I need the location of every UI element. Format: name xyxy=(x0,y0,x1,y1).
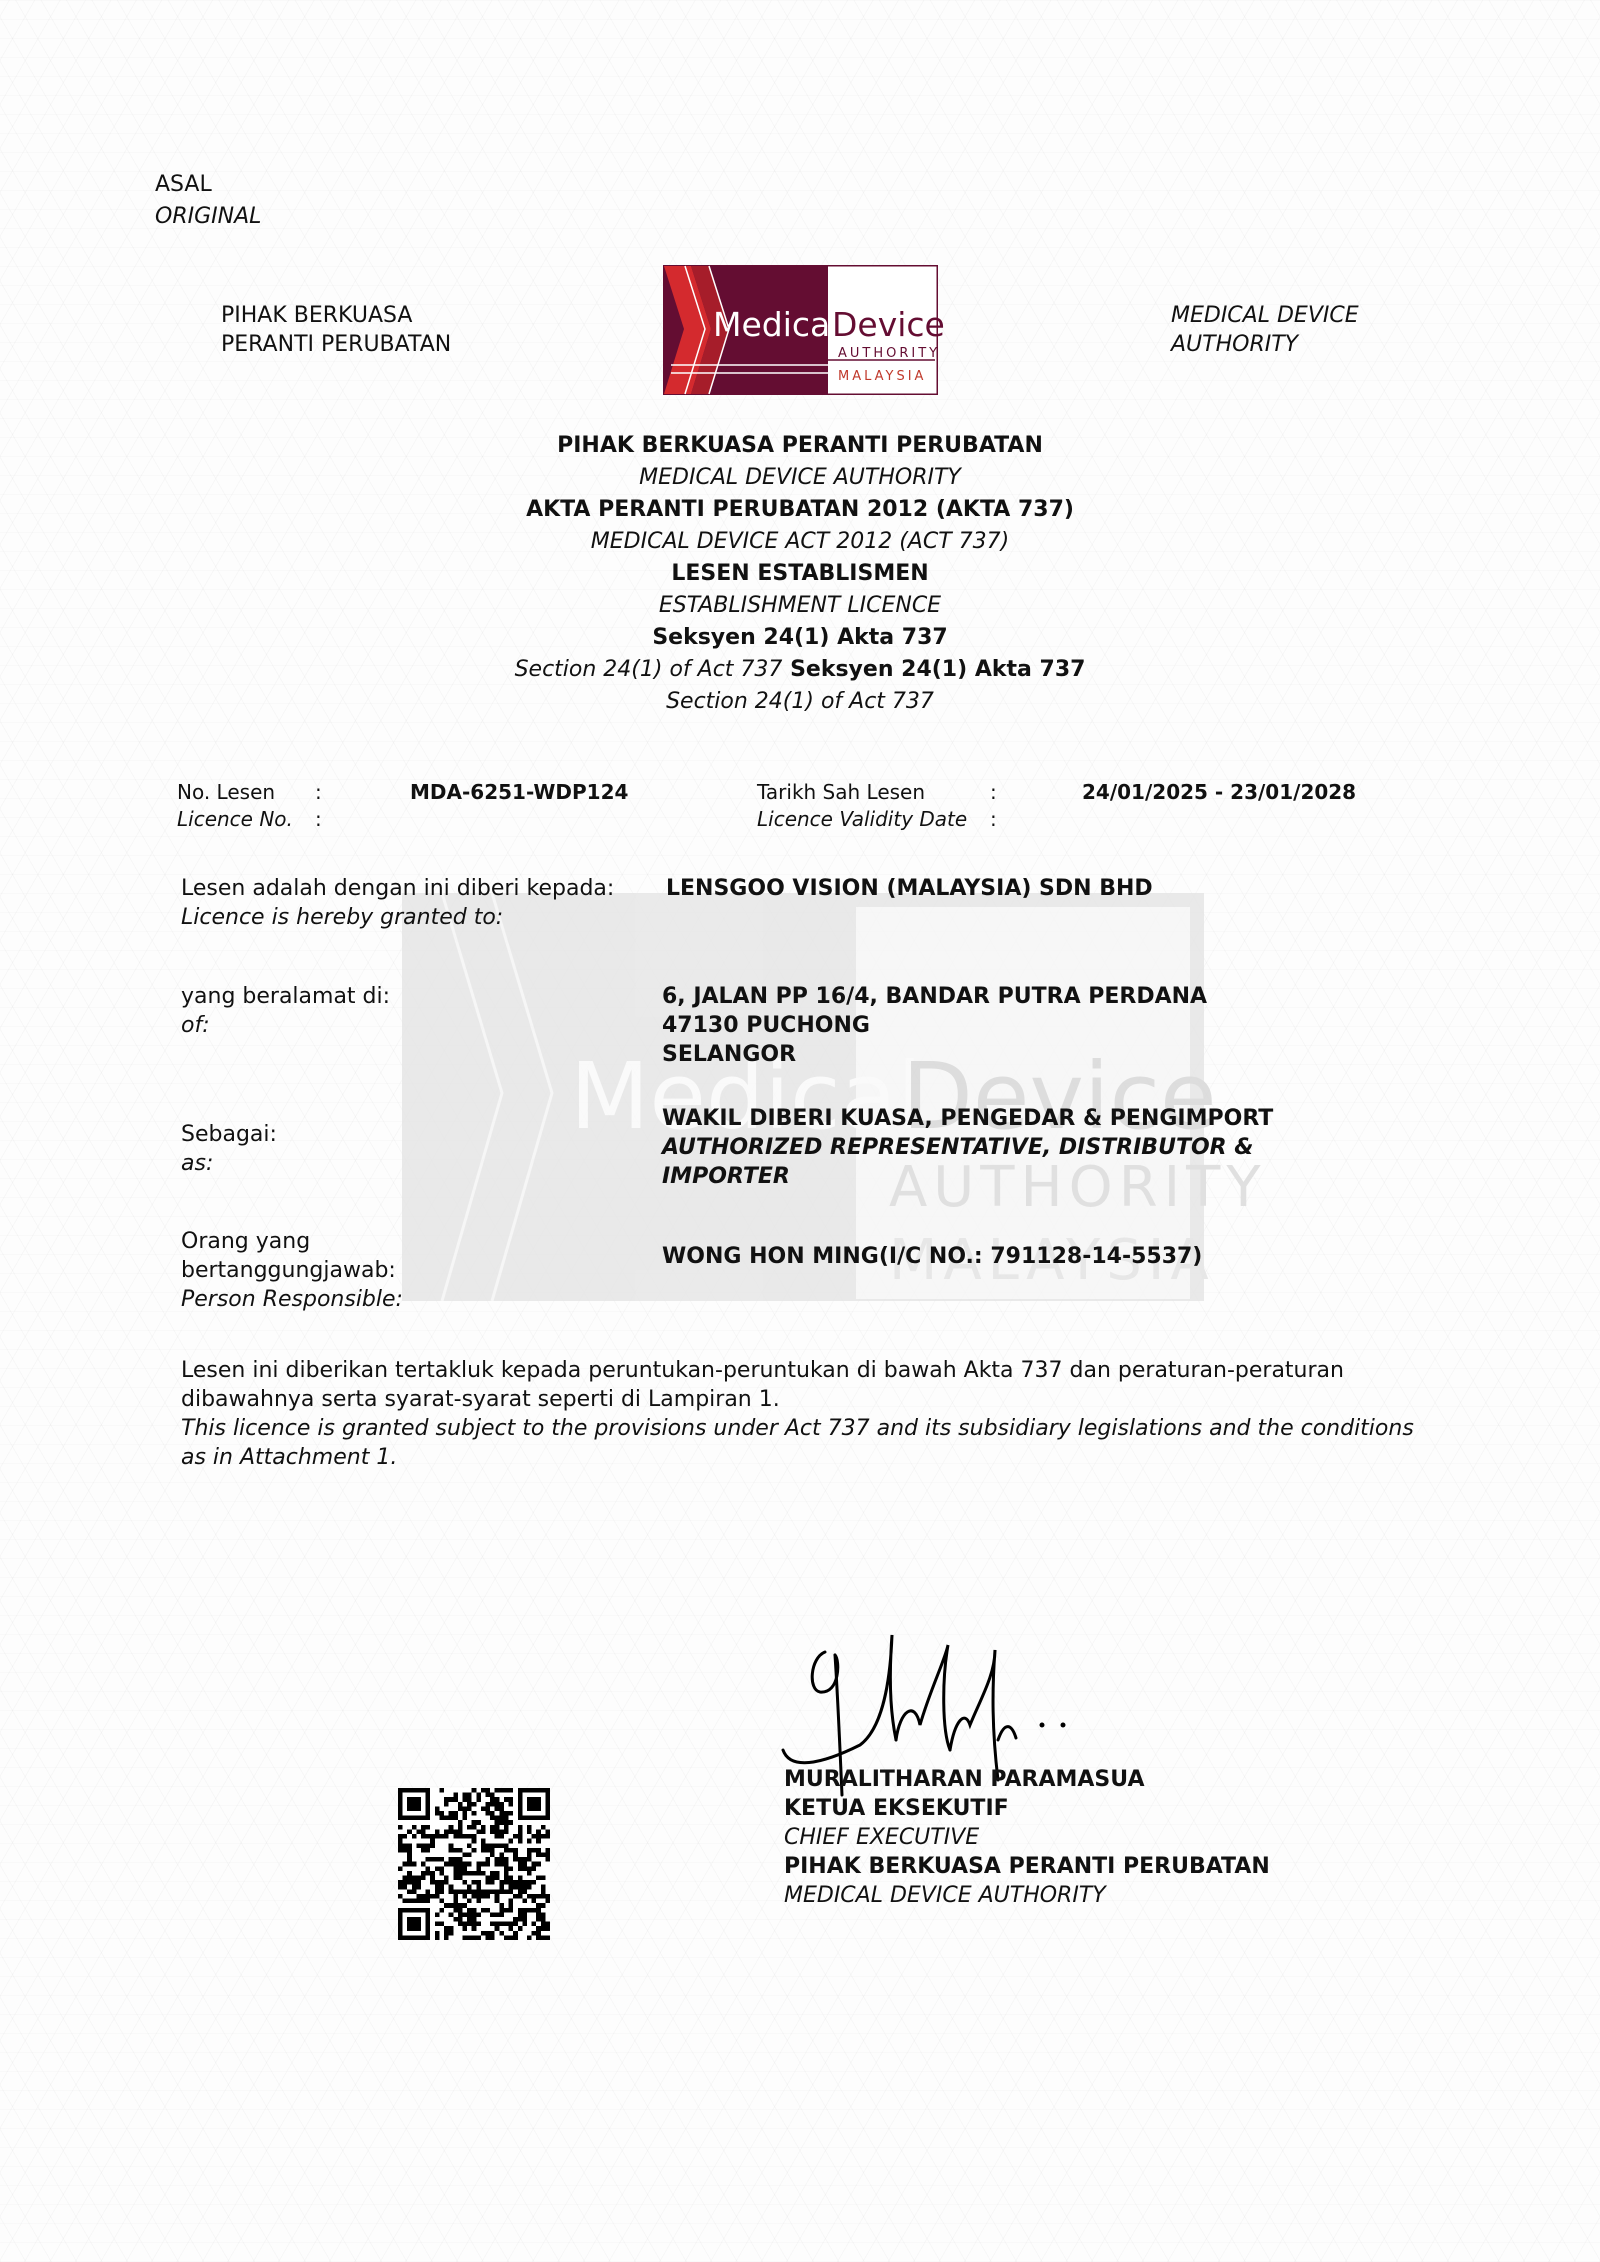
title-authority-ms: PIHAK BERKUASA PERANTI PERUBATAN xyxy=(0,430,1600,462)
role-value-en-line1: AUTHORIZED REPRESENTATIVE, DISTRIBUTOR & xyxy=(662,1133,1253,1162)
signatory-org-ms: PIHAK BERKUASA PERANTI PERUBATAN xyxy=(784,1852,1270,1881)
copy-mark-ms: ASAL xyxy=(155,170,212,199)
role-value-en-line2: IMPORTER xyxy=(662,1162,790,1191)
address-line-3: SELANGOR xyxy=(662,1040,796,1069)
licence-no-colon-en: : xyxy=(315,805,322,834)
mda-logo-icon: Medical Device AUTHORITY MALAYSIA xyxy=(663,265,938,395)
validity-value: 24/01/2025 - 23/01/2028 xyxy=(1082,778,1356,807)
title-authority-en: MEDICAL DEVICE AUTHORITY xyxy=(0,462,1600,494)
conditions-en-line1: This licence is granted subject to the p… xyxy=(181,1414,1414,1443)
copy-mark-en: ORIGINAL xyxy=(155,202,261,231)
header-left-line2: PERANTI PERUBATAN xyxy=(221,330,451,359)
person-label-ms-line2: bertanggungjawab: xyxy=(181,1256,396,1285)
title-act-en: MEDICAL DEVICE ACT 2012 (ACT 737) xyxy=(0,526,1600,558)
address-line-1: 6, JALAN PP 16/4, BANDAR PUTRA PERDANA xyxy=(662,982,1207,1011)
person-label-en: Person Responsible: xyxy=(181,1285,403,1314)
watermark-word-authority: AUTHORITY xyxy=(889,1155,1267,1220)
header-left-line1: PIHAK BERKUASA xyxy=(221,301,412,330)
logo-word-device: Device xyxy=(832,305,945,344)
person-label-ms-line1: Orang yang xyxy=(181,1227,310,1256)
logo-word-malaysia: MALAYSIA xyxy=(838,369,926,384)
validity-colon: : xyxy=(990,778,997,807)
signatory-name: MURALITHARAN PARAMASUA xyxy=(784,1765,1145,1794)
licensee-name: LENSGOO VISION (MALAYSIA) SDN BHD xyxy=(666,874,1153,903)
licence-no-value: MDA-6251-WDP124 xyxy=(410,778,628,807)
title-section-ms: Seksyen 24(1) Akta 737 xyxy=(0,622,1600,654)
signatory-org-en: MEDICAL DEVICE AUTHORITY xyxy=(784,1881,1106,1910)
logo-word-authority: AUTHORITY xyxy=(838,346,940,361)
validity-colon-en: : xyxy=(990,805,997,834)
conditions-ms-line2: dibawahnya serta syarat-syarat seperti d… xyxy=(181,1385,780,1414)
watermark-logo: Medical Device AUTHORITY MALAYSIA xyxy=(402,893,1204,1301)
licence-no-label-ms: No. Lesen xyxy=(177,778,275,807)
signatory-title-en: CHIEF EXECUTIVE xyxy=(784,1823,979,1852)
title-licence-en: ESTABLISHMENT LICENCE xyxy=(0,590,1600,622)
title-block: PIHAK BERKUASA PERANTI PERUBATAN MEDICAL… xyxy=(0,430,1600,718)
qr-code-icon[interactable] xyxy=(398,1788,550,1940)
granted-to-label-en: Licence is hereby granted to: xyxy=(181,903,503,932)
watermark-chevron-icon xyxy=(402,893,562,1301)
header-right-line1: MEDICAL DEVICE xyxy=(1171,301,1359,330)
granted-to-label-ms: Lesen adalah dengan ini diberi kepada: xyxy=(181,874,614,903)
header-right-line2: AUTHORITY xyxy=(1171,330,1298,359)
title-section-mixed: Section 24(1) of Act 737 Seksyen 24(1) A… xyxy=(0,654,1600,686)
title-section-ms-inline: Seksyen 24(1) Akta 737 xyxy=(782,657,1085,682)
role-value-ms: WAKIL DIBERI KUASA, PENGEDAR & PENGIMPOR… xyxy=(662,1104,1273,1133)
role-label-en: as: xyxy=(181,1149,213,1178)
person-responsible-value: WONG HON MING(I/C NO.: 791128-14-5537) xyxy=(662,1242,1202,1271)
title-licence-ms: LESEN ESTABLISMEN xyxy=(0,558,1600,590)
validity-label-en: Licence Validity Date xyxy=(757,805,967,834)
signatory-title-ms: KETUA EKSEKUTIF xyxy=(784,1794,1009,1823)
address-label-en: of: xyxy=(181,1011,210,1040)
conditions-ms-line1: Lesen ini diberikan tertakluk kepada per… xyxy=(181,1356,1344,1385)
address-line-2: 47130 PUCHONG xyxy=(662,1011,870,1040)
logo-word-medical: Medical xyxy=(713,305,839,344)
title-act-ms: AKTA PERANTI PERUBATAN 2012 (AKTA 737) xyxy=(0,494,1600,526)
address-label-ms: yang beralamat di: xyxy=(181,982,390,1011)
role-label-ms: Sebagai: xyxy=(181,1120,277,1149)
validity-label-ms: Tarikh Sah Lesen xyxy=(757,778,925,807)
conditions-en-line2: as in Attachment 1. xyxy=(181,1443,397,1472)
licence-no-label-en: Licence No. xyxy=(177,805,293,834)
title-section-en: Section 24(1) of Act 737 xyxy=(0,686,1600,718)
licence-no-colon: : xyxy=(315,778,322,807)
title-section-en-inline: Section 24(1) of Act 737 xyxy=(515,657,783,682)
